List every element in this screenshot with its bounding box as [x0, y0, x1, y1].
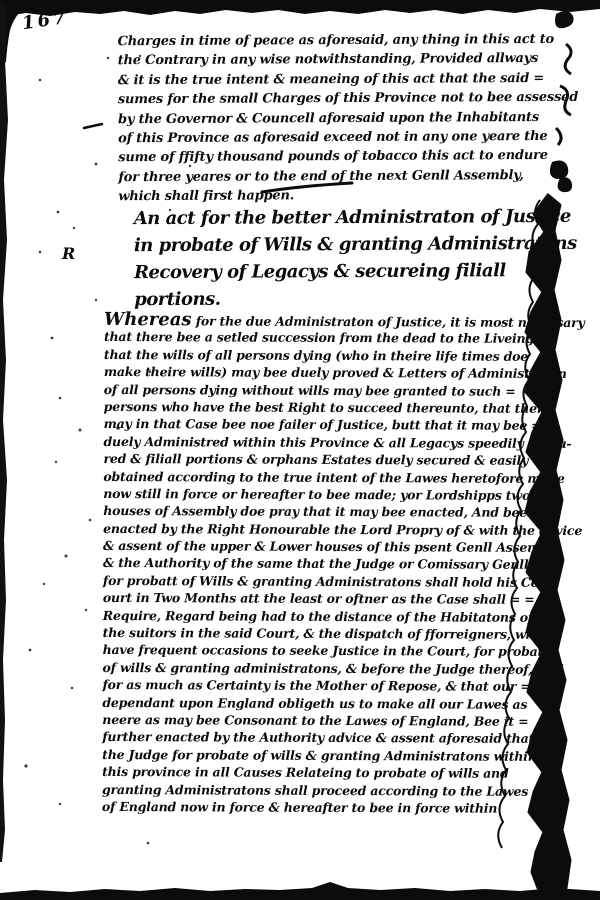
text-line: that there bee a setled succession from … [104, 328, 585, 347]
text-line: ourt in Two Months att the least or oftn… [103, 589, 584, 608]
text-line: this province in all Causes Relateing to… [102, 763, 583, 782]
text-line: obtained according to the true intent of… [103, 467, 584, 486]
margin-note: R [62, 244, 75, 263]
text-line: & the Authority of the same that the Jud… [103, 554, 584, 573]
text-line: that the wills of all persons dying (who… [104, 346, 585, 365]
act-body-paragraph: Whereas for the due Administraton of Jus… [102, 311, 585, 817]
text-line: portions. [134, 284, 577, 313]
text-line: of England now in force & hereafter to b… [102, 798, 583, 817]
text-line: the Judge for probate of wills & grantin… [102, 746, 583, 765]
text-line: sume of ffifty thousand pounds of tobacc… [118, 146, 578, 168]
text-line: have frequent occasions to seeke Justice… [103, 641, 584, 660]
left-edge-strip [0, 0, 8, 862]
text-line: of this Province as aforesaid exceed not… [118, 127, 578, 149]
manuscript-page: 167 Charges in time of peace as aforesai… [0, 0, 600, 900]
text-line: red & filiall portions & orphans Estates… [103, 450, 584, 469]
bottom-edge-band [0, 882, 600, 900]
text-line: of wills & granting administratons, & be… [103, 659, 584, 678]
text-line: in probate of Wills & granting Administr… [134, 230, 577, 259]
text-line: granting Administratons shall proceed ac… [102, 780, 583, 799]
text-line: the Contrary in any wise notwithstanding… [118, 49, 578, 71]
text-line: sumes for the small Charges of this Prov… [118, 88, 578, 110]
text-line: of all persons dying without wills may b… [104, 381, 585, 400]
text-line: for probatt of Wills & granting Administ… [103, 572, 584, 591]
paragraph-opening-rest: for the due Administraton of Justice, it… [196, 313, 585, 330]
text-line: for as much as Certainty is the Mother o… [102, 676, 583, 695]
text-line: by the Governor & Councell aforesaid upo… [118, 107, 578, 129]
text-line: neere as may bee Consonant to the Lawes … [102, 711, 583, 730]
text-line: enacted by the Right Honourable the Lord… [103, 520, 584, 539]
text-line: dependant upon England obligeth us to ma… [102, 694, 583, 713]
text-line: Charges in time of peace as aforesaid, a… [118, 30, 578, 52]
text-line: the suitors in the said Court, & the dis… [103, 624, 584, 643]
text-line: now still in force or hereafter to bee m… [103, 485, 584, 504]
text-line: make theire wills) may bee duely proved … [104, 363, 585, 382]
act-title: An act for the better Administraton of J… [134, 203, 577, 313]
text-line: Whereas for the due Administraton of Jus… [104, 311, 585, 330]
text-line: An act for the better Administraton of J… [134, 203, 577, 232]
text-line: & it is the true intent & meaneing of th… [118, 69, 578, 91]
page-number: 167 [21, 7, 70, 34]
text-line: further enacted by the Authority advice … [102, 728, 583, 747]
closing-paragraph-previous-act: Charges in time of peace as aforesaid, a… [118, 30, 579, 207]
text-line: for three yeares or to the end of the ne… [118, 166, 578, 188]
paragraph-opening-word: Whereas [104, 309, 192, 330]
text-line: Require, Regard being had to the distanc… [103, 607, 584, 626]
text-line: may in that Case bee noe failer of Justi… [104, 415, 585, 434]
text-line: persons who have the best Right to succe… [104, 398, 585, 417]
text-line: Recovery of Legacys & secureing filiall [134, 257, 577, 286]
top-edge-band [0, 0, 600, 17]
text-line: houses of Assembly doe pray that it may … [103, 502, 584, 521]
margin-dash [84, 124, 102, 128]
text-line: duely Administred within this Province &… [103, 433, 584, 452]
right-edge-blob [555, 11, 574, 28]
act-body-lines: that there bee a setled succession from … [102, 328, 585, 817]
text-line: & assent of the upper & Lower houses of … [103, 537, 584, 556]
